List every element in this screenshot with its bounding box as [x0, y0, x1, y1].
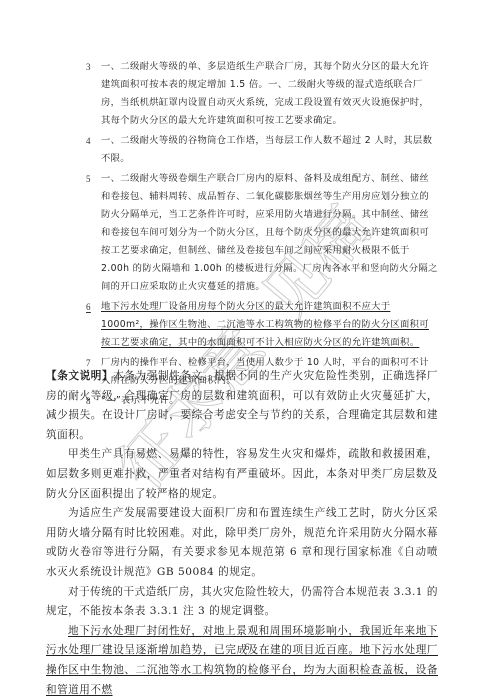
table-notes: 3 一、二级耐火等级的单、多层造纸生产联合厂房，其每个防火分区的最大允许建筑面积… [86, 58, 438, 410]
table-note-5: 5 一、二级耐火等级卷烟生产联合厂房内的原料、备料及成组配方、制丝、储丝和卷接包… [86, 170, 438, 296]
explanation-paragraph-3: 为适应生产发展需要建设大面积厂房和布置连续生产线工艺时，防火分区采用防火墙分隔有… [46, 504, 438, 582]
explanation-paragraph-1: 【条文说明】本条为强制性条文。根据不同的生产火灾危险性类别，正确选择厂房的耐火等… [46, 367, 438, 445]
table-note-4: 4 一、二级耐火等级的谷物筒仓工作塔，当每层工作人数不超过 2 人时，其层数不限… [86, 132, 438, 168]
note-text: 一、二级耐火等级的谷物筒仓工作塔，当每层工作人数不超过 2 人时，其层数不限。 [101, 135, 432, 164]
table-note-6: 6 地下污水处理厂设备用房每个防火分区的最大允许建筑面积不应大于 1000m²，… [86, 298, 438, 352]
explanation-label: 【条文说明】 [46, 370, 113, 382]
explanation-paragraph-5: 地下污水处理厂封闭性好，对地上景观和周围环境影响小，我国近年来地下污水处理厂建设… [46, 622, 438, 700]
note-text: 一、二级耐火等级的单、多层造纸生产联合厂房，其每个防火分区的最大允许建筑面积可按… [101, 61, 429, 126]
note-number: 5 [86, 170, 91, 188]
note-number: 3 [86, 58, 91, 76]
note-number: 4 [86, 132, 91, 150]
explanation-paragraph-2: 甲类生产具有易燃、易爆的特性，容易发生火灾和爆炸，疏散和救援困难，如层数多则更难… [46, 445, 438, 504]
explanation-paragraph-4: 对于传统的干式造纸厂房，其火灾危险性较大，仍需符合本规范表 3.3.1 的规定，… [46, 583, 438, 622]
document-page: 见稿 征求意 3 一、二级耐火等级的单、多层造纸生产联合厂房，其每个防火分区的最… [0, 0, 494, 700]
note-number: 6 [86, 298, 91, 316]
table-note-3: 3 一、二级耐火等级的单、多层造纸生产联合厂房，其每个防火分区的最大允许建筑面积… [86, 58, 438, 130]
page-number: 6 [0, 642, 494, 652]
note-text: 一、二级耐火等级卷烟生产联合厂房内的原料、备料及成组配方、制丝、储丝和卷接包、辅… [101, 173, 438, 292]
note-text: 地下污水处理厂设备用房每个防火分区的最大允许建筑面积不应大于 1000m²，操作… [101, 301, 429, 348]
